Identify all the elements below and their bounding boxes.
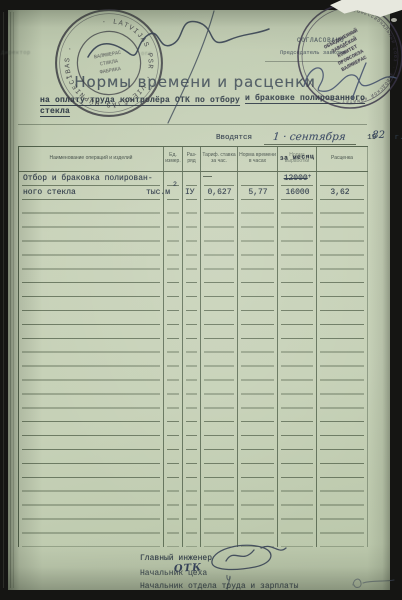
col-header-operation: Наименование операций и изделий <box>19 147 164 171</box>
paper-speck <box>391 18 397 22</box>
entry-name-line1: Отбор и браковка полирован- <box>23 173 153 185</box>
dash-mark <box>203 176 212 177</box>
col-header-tariff: Тариф. ставка за час. <box>201 147 238 171</box>
scanned-document-photo: Директор ого СОГЛАСОВАНО, Председатель з… <box>0 0 402 600</box>
column-time-norm <box>238 172 278 547</box>
signature-labor-head <box>353 579 394 587</box>
page-stack-edge <box>3 12 4 588</box>
entry-output-norm-old: 12000+ <box>278 173 317 185</box>
entry-grade: IУ <box>185 187 195 199</box>
signature-committee-chair <box>304 63 396 99</box>
entry-tariff-rate: 0,627 <box>201 187 238 199</box>
signature-chief-engineer <box>212 545 286 569</box>
col-header-grade: Раз-ряд <box>183 147 201 171</box>
column-operation <box>19 172 164 547</box>
col-header-rate: Расценка <box>317 147 368 171</box>
column-output-norm <box>278 172 317 547</box>
entry-unit: тыс.м <box>146 187 170 199</box>
handwritten-date: 1 · сентября <box>273 131 347 143</box>
handwritten-ink-top <box>80 5 402 130</box>
handwritten-ink-bottom <box>128 538 402 596</box>
col-header-unit: Ед. измер. <box>164 147 183 171</box>
faint-typed-fragment: Директор <box>1 49 31 56</box>
entry-name-line2: ного стекла <box>23 187 76 199</box>
col-header-output-norm: Норма выработки за месяц <box>278 147 317 171</box>
spine-crease <box>10 12 11 588</box>
signature-director <box>88 21 269 57</box>
table-header-row: Наименование операций и изделий Ед. изме… <box>19 147 368 172</box>
handwritten-year: 82 <box>372 130 385 141</box>
rates-table: Наименование операций и изделий Ед. изме… <box>18 146 368 547</box>
entry-unit-superscript: 2 <box>173 179 177 191</box>
effective-label: Вводятся <box>216 134 252 142</box>
spine-crease <box>13 12 14 588</box>
column-rate <box>317 172 368 547</box>
entry-output-norm-new: 16000 <box>278 187 317 199</box>
column-unit <box>164 172 183 547</box>
pen-mark-small <box>226 575 230 589</box>
entry-rate: 3,62 <box>317 187 363 199</box>
column-grade <box>183 172 201 547</box>
table-body-ruled-rows <box>19 172 368 547</box>
year-suffix: г. <box>395 134 402 142</box>
entry-time-norm: 5,77 <box>238 187 278 199</box>
column-tariff <box>201 172 238 547</box>
col-header-time-norm: Норма времени в часах <box>238 147 278 171</box>
